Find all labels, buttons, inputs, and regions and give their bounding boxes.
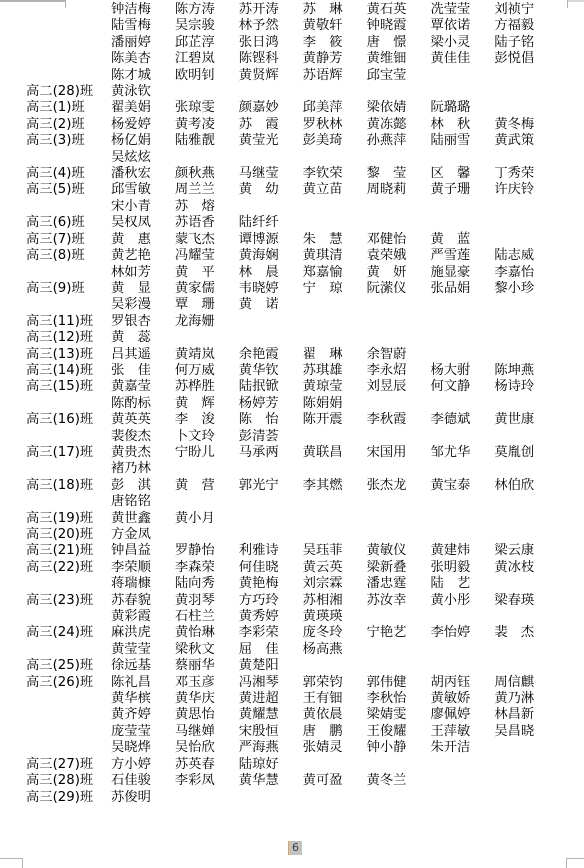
student-name: 李彩荣 [239,625,303,641]
student-name: 梁依婧 [367,100,431,116]
student-name: 林伯欣 [494,478,558,494]
student-name: 苏俊明 [111,790,175,806]
student-name: 张品娟 [430,281,494,297]
student-name: 陆雅靓 [175,133,239,149]
class-label: 高三(8)班 [26,248,85,264]
student-name: 吴珏菲 [303,543,367,559]
class-label: 高三(29)班 [26,790,93,806]
student-name: 梁秋文 [175,642,239,658]
roster-row: 高二(28)班黄泳钦 [0,84,584,100]
student-name: 王俊耀 [367,724,431,740]
student-name: 黄嘉莹 [111,379,175,395]
student-name: 苏 熔 [175,199,239,215]
student-name: 苏汝幸 [367,593,431,609]
student-name: 陆纤纤 [239,215,303,231]
student-name: 马承两 [239,445,303,461]
student-name-group: 黄泳钦 [111,84,175,100]
student-name: 张日鸿 [239,35,303,51]
student-name: 方小婷 [111,757,175,773]
student-name: 袁荣娥 [367,248,431,264]
student-name: 苏琪雄 [303,363,367,379]
student-name-group: 钟洁梅陈方涛苏开涛苏 琳黄石英冼莹莹刘祯宁 [111,2,558,18]
student-name: 张杰龙 [367,478,431,494]
student-name: 黄联昌 [303,445,367,461]
student-name: 李嘉怡 [494,265,558,281]
student-name: 吕其遥 [111,347,175,363]
student-name: 梁新叠 [367,560,431,576]
student-name: 张 佳 [111,363,175,379]
student-name: 庞莹莹 [111,724,175,740]
student-name: 许庆铃 [494,182,558,198]
class-label: 高三(22)班 [26,560,93,576]
student-name-group: 陈美杏江碧岚陈铿科黄静芳黄维钿黄佳佳彭悦倡 [111,51,558,67]
student-name: 谭博源 [239,232,303,248]
class-label: 高三(21)班 [26,543,93,559]
student-name: 陆雪梅 [111,18,175,34]
roster-row: 高三(27)班方小婷苏英春陆琼好 [0,757,584,773]
student-name: 马继莹 [239,166,303,182]
roster-row: 高三(29)班苏俊明 [0,790,584,806]
student-name: 陈坤燕 [494,363,558,379]
text-boundary-mark-bottom-left [0,858,23,868]
student-name: 阮璐璐 [430,100,494,116]
student-name: 黄华庆 [175,691,239,707]
roster-row: 蒋瑞槺陆向秀黄艳梅刘宗霖潘忠霆陆 艺 [0,576,584,592]
student-name: 江碧岚 [175,51,239,67]
student-name: 黄 平 [175,265,239,281]
class-label: 高三(7)班 [26,232,85,248]
student-name: 黄维钿 [367,51,431,67]
roster-row: 高三(4)班潘秋宏颜秋燕马继莹李钦荣黎 莹区 馨丁秀荣 [0,166,584,182]
student-name: 冼莹莹 [430,2,494,18]
student-name: 蒙飞杰 [175,232,239,248]
student-name: 黄冬梅 [494,117,558,133]
class-label: 高三(23)班 [26,593,93,609]
student-name: 黄艺艳 [111,248,175,264]
student-name: 朱开洁 [430,740,494,756]
roster-row: 高三(22)班李荣顺李森荣何佳晓黄云英梁新叠张明毅黄冰枝 [0,560,584,576]
class-label: 高三(18)班 [26,478,93,494]
student-name-group: 黄艺艳冯耀莹黄海娴黄琪清袁荣娥严雪莲陆志威 [111,248,558,264]
student-name: 黄立苗 [303,182,367,198]
student-name: 苏桦胜 [175,379,239,395]
student-name: 苏语辉 [303,68,367,84]
student-name: 黄小月 [175,511,239,527]
student-name: 林昌新 [494,707,558,723]
roster-row: 高三(16)班黄英英李 浚陈 怡陈开震李秋霞李德斌黄世康 [0,412,584,428]
student-name: 陈娟娟 [303,396,367,412]
student-name: 冯湘琴 [239,675,303,691]
student-name-group: 潘秋宏颜秋燕马继莹李钦荣黎 莹区 馨丁秀荣 [111,166,558,182]
roster-row: 高三(8)班黄艺艳冯耀莹黄海娴黄琪清袁荣娥严雪莲陆志威 [0,248,584,264]
student-name: 刘祯宁 [494,2,558,18]
student-name: 黄敏仪 [367,543,431,559]
student-name-group: 黄彩霞石柱兰黄秀婷黄瑛瑛 [111,609,367,625]
student-name: 宁盼儿 [175,445,239,461]
student-name: 区 馨 [430,166,494,182]
student-name: 马继婵 [175,724,239,740]
roster-row: 林如芳黄 平林 晨郑嘉愉黄 妍施显豪李嘉怡 [0,265,584,281]
roster-row: 唐铭铭 [0,494,584,510]
student-name-group: 陈才城欧明钊黄贤辉苏语辉邱宝莹 [111,68,430,84]
student-name: 陈铿科 [239,51,303,67]
student-name: 周信麒 [494,675,558,691]
student-name: 陈方涛 [175,2,239,18]
student-name: 黄英英 [111,412,175,428]
student-name: 钟昌益 [111,543,175,559]
page-number-field[interactable]: 6 [288,841,302,855]
student-name: 黄思怡 [175,707,239,723]
roster-row: 黄齐婷黄思怡黄耀慧黄依晨梁婧雯廖佩婷林昌新 [0,707,584,723]
student-name: 宋殷恒 [239,724,303,740]
student-name-group: 褚乃林 [111,461,175,477]
student-name: 韦晓婷 [239,281,303,297]
student-name: 黄冻懿 [367,117,431,133]
student-name-group: 蒋瑞槺陆向秀黄艳梅刘宗霖潘忠霆陆 艺 [111,576,494,592]
student-name: 屈 佳 [239,642,303,658]
student-name: 严雪莲 [430,248,494,264]
student-name-group: 裴俊杰卜文玲彭清荟 [111,429,303,445]
student-name: 宁 琼 [303,281,367,297]
student-name: 郭荣钧 [303,675,367,691]
student-name: 欧明钊 [175,68,239,84]
student-name: 彭清荟 [239,429,303,445]
student-name: 钟晓霞 [367,18,431,34]
student-name-group: 张 佳何万威黄华钦苏琪雄李永炤杨大驸陈坤燕 [111,363,558,379]
roster-row: 黄莹莹梁秋文屈 佳杨高燕 [0,642,584,658]
class-label: 高三(6)班 [26,215,85,231]
student-name-group: 翟美娟张琼雯颜嘉妙邱美萍梁依婧阮璐璐 [111,100,494,116]
class-label: 高三(13)班 [26,347,93,363]
student-name-group: 石佳骏李彩凤黄华慧黄可盈黄冬兰 [111,773,430,789]
student-name-group: 黄 蕊 [111,330,175,346]
student-name: 莫胤创 [494,445,558,461]
roster-row: 黄华槟黄华庆黄进超王有钿李秋怡黄敏娇黄乃淋 [0,691,584,707]
class-label: 高三(19)班 [26,511,93,527]
student-name: 裴俊杰 [111,429,175,445]
student-name: 黄羽琴 [175,593,239,609]
student-name-group: 彭 淇黄 营郭光宁李其燃张杰龙黄宝泰林伯欣 [111,478,558,494]
student-name-group: 陈礼昌邓玉彦冯湘琴郭荣钧郭伟健胡丙钰周信麒 [111,675,558,691]
student-name-group: 邱雪敏周兰兰黄 幼黄立苗周晓莉黄子珊许庆铃 [111,182,558,198]
class-label: 高三(20)班 [26,527,93,543]
student-name-group: 黄 惠蒙飞杰谭博源朱 慧邓健怡黄 蓝 [111,232,494,248]
student-name: 彭美琦 [303,133,367,149]
student-name: 吴怡欣 [175,740,239,756]
class-label: 高三(2)班 [26,117,85,133]
student-name: 方金凤 [111,527,175,543]
student-name-group: 黄华槟黄华庆黄进超王有钿李秋怡黄敏娇黄乃淋 [111,691,558,707]
roster-row: 潘丽婷邱芷淳张日鸿李 筱唐 憬梁小灵陆子铭 [0,35,584,51]
student-name: 李 浚 [175,412,239,428]
student-name-group: 黄莹莹梁秋文屈 佳杨高燕 [111,642,367,658]
student-name: 苏 琳 [303,2,367,18]
student-name-group: 吴晓烨吴怡欣严海燕张婧灵钟小静朱开洁 [111,740,494,756]
roster-row: 高三(6)班吴权凤苏语香陆纤纤 [0,215,584,231]
student-name: 黄艳梅 [239,576,303,592]
student-name: 宁艳艺 [367,625,431,641]
student-name: 唐 鹏 [303,724,367,740]
student-name: 李秋霞 [367,412,431,428]
student-name-group: 吴彩漫覃 珊黄 诺 [111,297,303,313]
student-name: 林予然 [239,18,303,34]
roster-row: 高三(20)班方金凤 [0,527,584,543]
class-label: 高二(28)班 [26,84,93,100]
student-name: 陆 艺 [430,576,494,592]
student-name: 丁秀荣 [494,166,558,182]
student-name: 彭 淇 [111,478,175,494]
class-label: 高三(12)班 [26,330,93,346]
student-name: 李德斌 [430,412,494,428]
student-name: 陈开震 [303,412,367,428]
student-name: 阮潆仪 [367,281,431,297]
student-name: 严海燕 [239,740,303,756]
student-name: 陈美杏 [111,51,175,67]
roster-row: 陆雪梅吴宗骏林予然黄敬轩钟晓霞覃依诺方福毅 [0,18,584,34]
student-name: 唐铭铭 [111,494,175,510]
student-name: 施显豪 [430,265,494,281]
student-name: 黄石英 [367,2,431,18]
student-name: 黄琼莹 [303,379,367,395]
student-name: 张明毅 [430,560,494,576]
student-name: 廖佩婷 [430,707,494,723]
student-name: 黄彩霞 [111,609,175,625]
roster-row: 高三(2)班杨爱婷黄考凌苏 霞罗秋林黄冻懿林 秋黄冬梅 [0,117,584,133]
student-name: 冯耀莹 [175,248,239,264]
student-name: 刘宗霖 [303,576,367,592]
student-name-group: 方金凤 [111,527,175,543]
student-name-group: 吴权凤苏语香陆纤纤 [111,215,303,231]
student-name: 罗静怡 [175,543,239,559]
student-name: 黄琪清 [303,248,367,264]
student-name: 李荣顺 [111,560,175,576]
student-name: 陆抿锨 [239,379,303,395]
student-name: 陈礼昌 [111,675,175,691]
student-name: 陆子铭 [494,35,558,51]
class-label: 高三(26)班 [26,675,93,691]
student-name: 黄佳佳 [430,51,494,67]
student-name-group: 吴炫炫 [111,150,175,166]
student-name-group: 苏俊明 [111,790,175,806]
roster-row: 高三(26)班陈礼昌邓玉彦冯湘琴郭荣钧郭伟健胡丙钰周信麒 [0,675,584,691]
student-name: 李秋怡 [367,691,431,707]
student-name: 黄贤辉 [239,68,303,84]
student-name: 苏英春 [175,757,239,773]
student-name: 蒋瑞槺 [111,576,175,592]
student-name: 陆丽雪 [430,133,494,149]
student-name: 翟美娟 [111,100,175,116]
student-name: 颜秋燕 [175,166,239,182]
student-name-group: 黄齐婷黄思怡黄耀慧黄依晨梁婧雯廖佩婷林昌新 [111,707,558,723]
roster-row: 高三(15)班黄嘉莹苏桦胜陆抿锨黄琼莹刘昱辰何文静杨诗玲 [0,379,584,395]
student-name: 林 秋 [430,117,494,133]
student-name: 宋国用 [367,445,431,461]
student-name: 孙燕萍 [367,133,431,149]
roster-row: 高三(1)班翟美娟张琼雯颜嘉妙邱美萍梁依婧阮璐璐 [0,100,584,116]
student-name: 潘秋宏 [111,166,175,182]
student-name: 吴权凤 [111,215,175,231]
student-name: 梁小灵 [430,35,494,51]
student-name: 王有钿 [303,691,367,707]
roster-row: 庞莹莹马继婵宋殷恒唐 鹏王俊耀王萍敏吴昌晓 [0,724,584,740]
class-label: 高三(1)班 [26,100,85,116]
student-name: 郭光宁 [239,478,303,494]
student-name: 陈酌标 [111,396,175,412]
class-label: 高三(25)班 [26,658,93,674]
student-name: 吴昌晓 [494,724,558,740]
student-name: 苏开涛 [239,2,303,18]
student-name-group: 黄英英李 浚陈 怡陈开震李秋霞李德斌黄世康 [111,412,558,428]
roster-row: 高三(5)班邱雪敏周兰兰黄 幼黄立苗周晓莉黄子珊许庆铃 [0,182,584,198]
student-name: 利雅诗 [239,543,303,559]
student-name: 黄 妍 [367,265,431,281]
student-name: 杨诗玲 [494,379,558,395]
class-label: 高三(3)班 [26,133,85,149]
student-name: 宋小青 [111,199,175,215]
roster-row: 吴晓烨吴怡欣严海燕张婧灵钟小静朱开洁 [0,740,584,756]
student-name: 黎小珍 [494,281,558,297]
text-boundary-mark-bottom-right [566,858,584,868]
student-name: 邱芷淳 [175,35,239,51]
student-name: 邓健怡 [367,232,431,248]
roster-row: 高三(13)班吕其遥黄靖岚余艳霞翟 琳余智蔚 [0,347,584,363]
student-name: 潘丽婷 [111,35,175,51]
student-name: 黄怡琳 [175,625,239,641]
student-name: 黄华慧 [239,773,303,789]
class-label: 高三(28)班 [26,773,93,789]
student-name: 黄 蓝 [430,232,494,248]
roster-row: 宋小青苏 熔 [0,199,584,215]
student-name-group: 李荣顺李森荣何佳晓黄云英梁新叠张明毅黄冰枝 [111,560,558,576]
student-name: 黄瑛瑛 [303,609,367,625]
student-name-group: 黄 显黄家儒韦晓婷宁 琼阮潆仪张品娟黎小珍 [111,281,558,297]
student-name-group: 方小婷苏英春陆琼好 [111,757,303,773]
student-name: 杨婷芳 [239,396,303,412]
student-name: 颜嘉妙 [239,100,303,116]
student-name: 罗银杏 [111,314,175,330]
student-name: 邱雪敏 [111,182,175,198]
student-name-group: 陆雪梅吴宗骏林予然黄敬轩钟晓霞覃依诺方福毅 [111,18,558,34]
student-name: 黄齐婷 [111,707,175,723]
student-name-group: 吕其遥黄靖岚余艳霞翟 琳余智蔚 [111,347,430,363]
student-name: 覃 珊 [175,297,239,313]
roster-row: 吴炫炫 [0,150,584,166]
student-name: 王萍敏 [430,724,494,740]
roster-row: 陈才城欧明钊黄贤辉苏语辉邱宝莹 [0,68,584,84]
student-name: 吴彩漫 [111,297,175,313]
student-name-group: 徐远基蔡丽华黄楚阳 [111,658,303,674]
student-name: 褚乃林 [111,461,175,477]
student-name: 方福毅 [494,18,558,34]
roster-row: 高三(25)班徐远基蔡丽华黄楚阳 [0,658,584,674]
student-name: 龙海姗 [175,314,239,330]
student-name: 杨大驸 [430,363,494,379]
student-name: 邹尤华 [430,445,494,461]
student-name: 翟 琳 [303,347,367,363]
student-name: 黄贵杰 [111,445,175,461]
student-name: 黄武策 [494,133,558,149]
roster-row: 高三(28)班石佳骏李彩凤黄华慧黄可盈黄冬兰 [0,773,584,789]
class-label: 高三(4)班 [26,166,85,182]
student-name-group: 潘丽婷邱芷淳张日鸿李 筱唐 憬梁小灵陆子铭 [111,35,558,51]
student-name-group: 宋小青苏 熔 [111,199,239,215]
roster-row: 高三(21)班钟昌益罗静怡利雅诗吴珏菲黄敏仪黄建炜梁云康 [0,543,584,559]
student-name: 石佳骏 [111,773,175,789]
student-name: 胡丙钰 [430,675,494,691]
student-name: 陈 怡 [239,412,303,428]
roster-row: 陈美杏江碧岚陈铿科黄静芳黄维钿黄佳佳彭悦倡 [0,51,584,67]
student-name: 何文静 [430,379,494,395]
roster-row: 黄彩霞石柱兰黄秀婷黄瑛瑛 [0,609,584,625]
class-label: 高三(11)班 [26,314,93,330]
student-name: 钟洁梅 [111,2,175,18]
student-name: 黄冰枝 [494,560,558,576]
student-name: 陈才城 [111,68,175,84]
student-name-group: 麻洪虎黄怡琳李彩荣庞冬玲宁艳艺李怡婷裴 杰 [111,625,558,641]
student-name: 黄子珊 [430,182,494,198]
student-name: 余艳霞 [239,347,303,363]
student-name: 梁春瑛 [494,593,558,609]
student-name: 黄小彤 [430,593,494,609]
student-name: 林如芳 [111,265,175,281]
student-name: 黄建炜 [430,543,494,559]
student-name: 杨高燕 [303,642,367,658]
class-label: 高三(24)班 [26,625,93,641]
student-name: 李永炤 [367,363,431,379]
student-name: 郑嘉愉 [303,265,367,281]
student-name: 张琼雯 [175,100,239,116]
student-name: 黄海娴 [239,248,303,264]
student-name: 郭伟健 [367,675,431,691]
student-name: 黄莹莹 [111,642,175,658]
student-name-group: 林如芳黄 平林 晨郑嘉愉黄 妍施显豪李嘉怡 [111,265,558,281]
student-name: 杨亿娟 [111,133,175,149]
student-name-group: 苏春貌黄羽琴方巧玲苏相湘苏汝幸黄小彤梁春瑛 [111,593,558,609]
student-name: 黄可盈 [303,773,367,789]
student-name: 林 晨 [239,265,303,281]
student-name: 黄进超 [239,691,303,707]
class-label: 高三(9)班 [26,281,85,297]
student-name: 黄云英 [303,560,367,576]
student-name: 黎 莹 [367,166,431,182]
student-name: 吴宗骏 [175,18,239,34]
student-name: 黄敏娇 [430,691,494,707]
roster-row: 高三(11)班罗银杏龙海姗 [0,314,584,330]
class-label: 高三(27)班 [26,757,93,773]
student-name: 李其燃 [303,478,367,494]
student-name: 潘忠霆 [367,576,431,592]
roster-row: 高三(3)班杨亿娟陆雅靓黄莹光彭美琦孙燕萍陆丽雪黄武策 [0,133,584,149]
student-name: 徐远基 [111,658,175,674]
student-name-group: 庞莹莹马继婵宋殷恒唐 鹏王俊耀王萍敏吴昌晓 [111,724,558,740]
student-name: 黄 辉 [175,396,239,412]
student-name: 覃依诺 [430,18,494,34]
student-name: 何佳晓 [239,560,303,576]
student-name-group: 钟昌益罗静怡利雅诗吴珏菲黄敏仪黄建炜梁云康 [111,543,558,559]
student-name-group: 黄嘉莹苏桦胜陆抿锨黄琼莹刘昱辰何文静杨诗玲 [111,379,558,395]
roster-row: 高三(9)班黄 显黄家儒韦晓婷宁 琼阮潆仪张品娟黎小珍 [0,281,584,297]
student-name: 黄乃淋 [494,691,558,707]
student-name: 罗秋林 [303,117,367,133]
student-name: 周晓莉 [367,182,431,198]
student-name: 朱 慧 [303,232,367,248]
student-name: 黄楚阳 [239,658,303,674]
student-name: 黄 惠 [111,232,175,248]
student-name: 黄世鑫 [111,511,175,527]
student-name: 黄家儒 [175,281,239,297]
student-name: 邓玉彦 [175,675,239,691]
roster-row: 高三(24)班麻洪虎黄怡琳李彩荣庞冬玲宁艳艺李怡婷裴 杰 [0,625,584,641]
